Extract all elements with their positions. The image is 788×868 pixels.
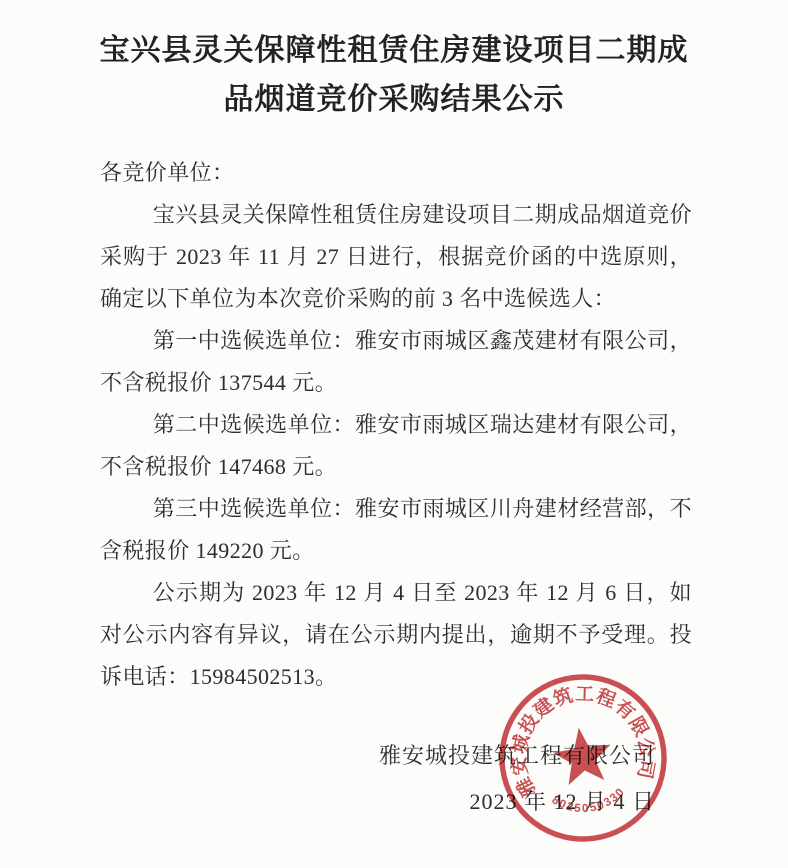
body-paragraph: 第一中选候选单位：雅安市雨城区鑫茂建材有限公司，不含税报价 137544 元。 (100, 320, 692, 404)
body-paragraph: 公示期为 2023 年 12 月 4 日至 2023 年 12 月 6 日，如对… (100, 572, 692, 698)
notice-body: 各竞价单位： 宝兴县灵关保障性租赁住房建设项目二期成品烟道竞价采购于 2023 … (100, 152, 692, 698)
body-paragraph: 第三中选候选单位：雅安市雨城区川舟建材经营部，不含税报价 149220 元。 (100, 488, 692, 572)
document-page: 宝兴县灵关保障性租赁住房建设项目二期成品烟道竞价采购结果公示 各竞价单位： 宝兴… (0, 0, 788, 868)
notice-title: 宝兴县灵关保障性租赁住房建设项目二期成品烟道竞价采购结果公示 (98, 26, 690, 124)
salutation: 各竞价单位： (100, 152, 692, 194)
signature-date: 2023 年 12 月 4 日 (379, 779, 655, 825)
signature-block: 雅安城投建筑工程有限公司 2023 年 12 月 4 日 (379, 733, 655, 825)
body-paragraph: 第二中选候选单位：雅安市雨城区瑞达建材有限公司，不含税报价 147468 元。 (100, 404, 692, 488)
body-paragraph: 宝兴县灵关保障性租赁住房建设项目二期成品烟道竞价采购于 2023 年 11 月 … (100, 194, 692, 320)
signature-company: 雅安城投建筑工程有限公司 (379, 733, 655, 779)
